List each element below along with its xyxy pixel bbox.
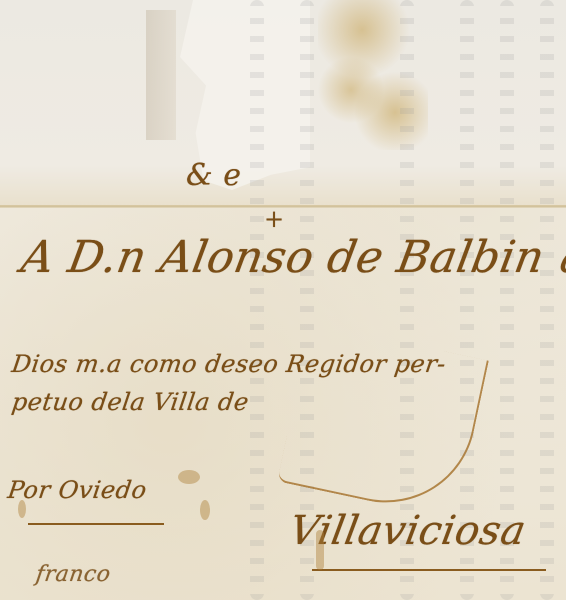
postage-note: franco [34,562,112,587]
ink-blot [200,500,210,520]
bleed-through-script [250,0,264,600]
flap-mark: & e [186,158,242,193]
cross-mark: + [264,205,285,233]
ink-blot [178,470,200,484]
address-line-1: A D.n Alonso de Balbin q. [18,232,566,283]
bleed-through-script [540,0,554,600]
letter-cover: & e + A D.n Alonso de Balbin q. Dios m.a… [0,0,566,600]
stain [146,10,176,140]
destination-underline [312,569,546,571]
ink-blot [316,530,324,570]
address-line-3: petuo dela Villa de [10,388,251,416]
routing-mark: Por Oviedo [6,476,149,504]
ink-blot [18,500,26,518]
routing-underline [28,523,164,525]
